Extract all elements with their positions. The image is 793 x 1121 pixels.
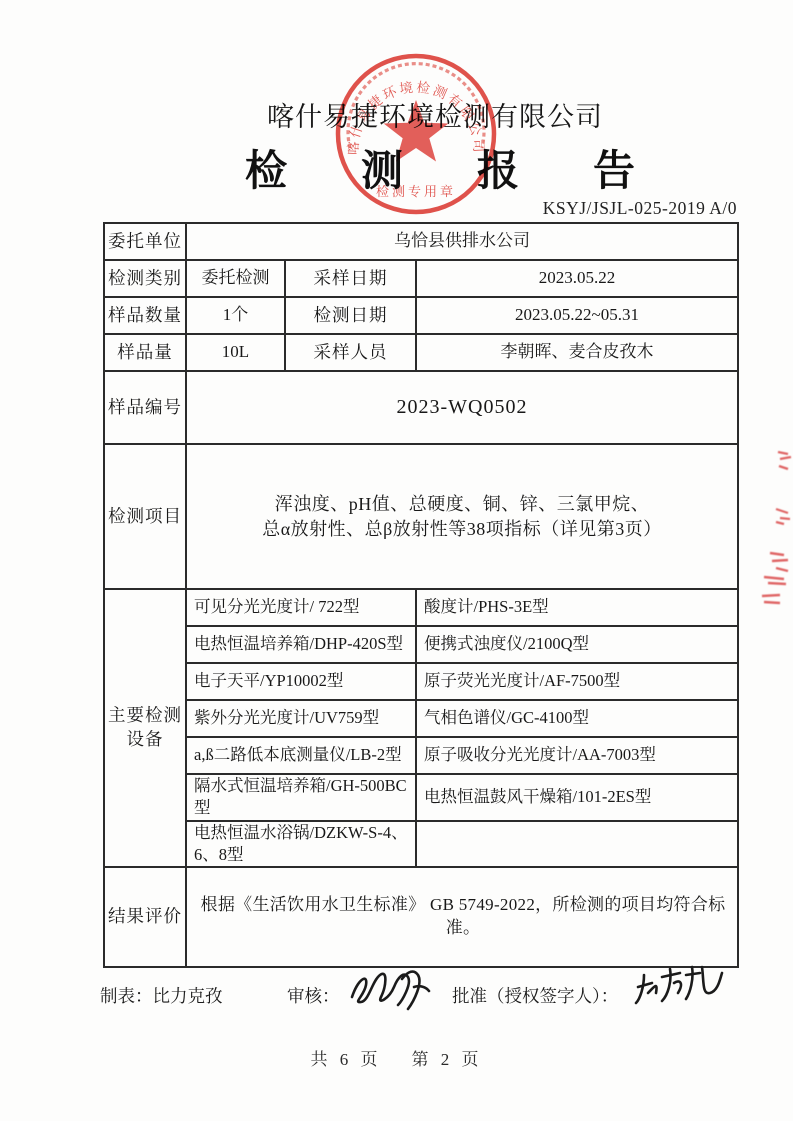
table-row: 电热恒温培养箱/DHP-420S型 便携式浊度仪/2100Q型 (104, 626, 738, 663)
sampler-value: 李朝晖、麦合皮孜木 (416, 334, 738, 371)
equipment-cell: 电热恒温鼓风干燥箱/101-2ES型 (416, 774, 738, 821)
sample-count-value: 1个 (186, 297, 285, 334)
sample-no-label: 样品编号 (104, 371, 186, 444)
table-row: 隔水式恒温培养箱/GH-500BC型 电热恒温鼓风干燥箱/101-2ES型 (104, 774, 738, 821)
page-footer: 共 6 页 第 2 页 (0, 1045, 793, 1070)
equipment-cell: 可见分光光度计/ 722型 (186, 589, 416, 626)
equipment-cell (416, 821, 738, 868)
equipment-label-line1: 主要检测 (105, 704, 185, 728)
equipment-cell: 原子荧光光度计/AF-7500型 (416, 663, 738, 700)
table-row: 委托单位 乌恰县供排水公司 (104, 223, 738, 260)
equipment-cell: a,ß二路低本底测量仪/LB-2型 (186, 737, 416, 774)
table-row: 样品量 10L 采样人员 李朝晖、麦合皮孜木 (104, 334, 738, 371)
red-ink-residue (776, 448, 793, 472)
table-row: 电热恒温水浴锅/DZKW-S-4、6、8型 (104, 821, 738, 868)
result-label: 结果评价 (104, 867, 186, 967)
equipment-cell: 原子吸收分光光度计/AA-7003型 (416, 737, 738, 774)
sampler-label: 采样人员 (285, 334, 416, 371)
red-ink-residue (768, 548, 792, 574)
approver-signature (628, 947, 728, 1013)
sample-amount-label: 样品量 (104, 334, 186, 371)
table-row: 主要检测 设备 可见分光光度计/ 722型 酸度计/PHS-3E型 (104, 589, 738, 626)
table-row: 电子天平/YP10002型 原子荧光光度计/AF-7500型 (104, 663, 738, 700)
sample-amount-value: 10L (186, 334, 285, 371)
table-row: 样品编号 2023-WQ0502 (104, 371, 738, 444)
stamp-bottom-text: 检测专用章 (376, 184, 456, 199)
equipment-cell: 紫外分光光度计/UV759型 (186, 700, 416, 737)
current-page: 第 2 页 (412, 1045, 483, 1070)
sample-count-label: 样品数量 (104, 297, 186, 334)
table-row: a,ß二路低本底测量仪/LB-2型 原子吸收分光光度计/AA-7003型 (104, 737, 738, 774)
approver-label: 批准（授权签字人）： (452, 983, 618, 1008)
equipment-cell: 酸度计/PHS-3E型 (416, 589, 738, 626)
equipment-label: 主要检测 设备 (104, 589, 186, 867)
equipment-cell: 电热恒温水浴锅/DZKW-S-4、6、8型 (186, 821, 416, 868)
test-date-label: 检测日期 (285, 297, 416, 334)
report-info-table: 委托单位 乌恰县供排水公司 检测类别 委托检测 采样日期 2023.05.22 … (103, 222, 739, 968)
table-row: 检测类别 委托检测 采样日期 2023.05.22 (104, 260, 738, 297)
equipment-label-line2: 设备 (105, 728, 185, 752)
equipment-cell: 便携式浊度仪/2100Q型 (416, 626, 738, 663)
client-value: 乌恰县供排水公司 (186, 223, 738, 260)
sampling-date-value: 2023.05.22 (416, 260, 738, 297)
sample-no-value: 2023-WQ0502 (186, 371, 738, 444)
items-line1: 浑浊度、pH值、总硬度、铜、锌、三氯甲烷、 (187, 492, 737, 516)
reviewer-signature (344, 957, 434, 1019)
table-row: 检测项目 浑浊度、pH值、总硬度、铜、锌、三氯甲烷、 总α放射性、总β放射性等3… (104, 444, 738, 589)
total-pages: 共 6 页 (311, 1045, 382, 1070)
client-label: 委托单位 (104, 223, 186, 260)
items-label: 检测项目 (104, 444, 186, 589)
category-value: 委托检测 (186, 260, 285, 297)
equipment-cell: 隔水式恒温培养箱/GH-500BC型 (186, 774, 416, 821)
stamp-star-icon (384, 100, 449, 162)
red-ink-residue (774, 506, 792, 526)
reviewer-label: 审核： (287, 983, 340, 1008)
equipment-cell: 电子天平/YP10002型 (186, 663, 416, 700)
table-row: 紫外分光光度计/UV759型 气相色谱仪/GC-4100型 (104, 700, 738, 737)
scanned-report-page: { "header": { "company_name": "喀什易捷环境检测有… (0, 0, 793, 1121)
items-value: 浑浊度、pH值、总硬度、铜、锌、三氯甲烷、 总α放射性、总β放射性等38项指标（… (186, 444, 738, 589)
sampling-date-label: 采样日期 (285, 260, 416, 297)
report-title-char: 检 (245, 138, 287, 198)
signature-row: 制表：比力克孜 审核： 批准（授权签字人）： (0, 975, 793, 1035)
table-row: 样品数量 1个 检测日期 2023.05.22~05.31 (104, 297, 738, 334)
items-line2: 总α放射性、总β放射性等38项指标（详见第3页） (187, 517, 737, 541)
red-ink-residue (760, 591, 786, 605)
red-ink-residue (762, 573, 790, 587)
equipment-cell: 电热恒温培养箱/DHP-420S型 (186, 626, 416, 663)
category-label: 检测类别 (104, 260, 186, 297)
test-date-value: 2023.05.22~05.31 (416, 297, 738, 334)
document-number: KSYJ/JSJL-025-2019 A/0 (543, 198, 737, 219)
report-title-char: 告 (593, 138, 635, 198)
preparer-label: 制表：比力克孜 (100, 983, 223, 1008)
equipment-cell: 气相色谱仪/GC-4100型 (416, 700, 738, 737)
red-seal-stamp-icon: 喀什易捷环境检测有限公司 检测专用章 (328, 50, 504, 222)
